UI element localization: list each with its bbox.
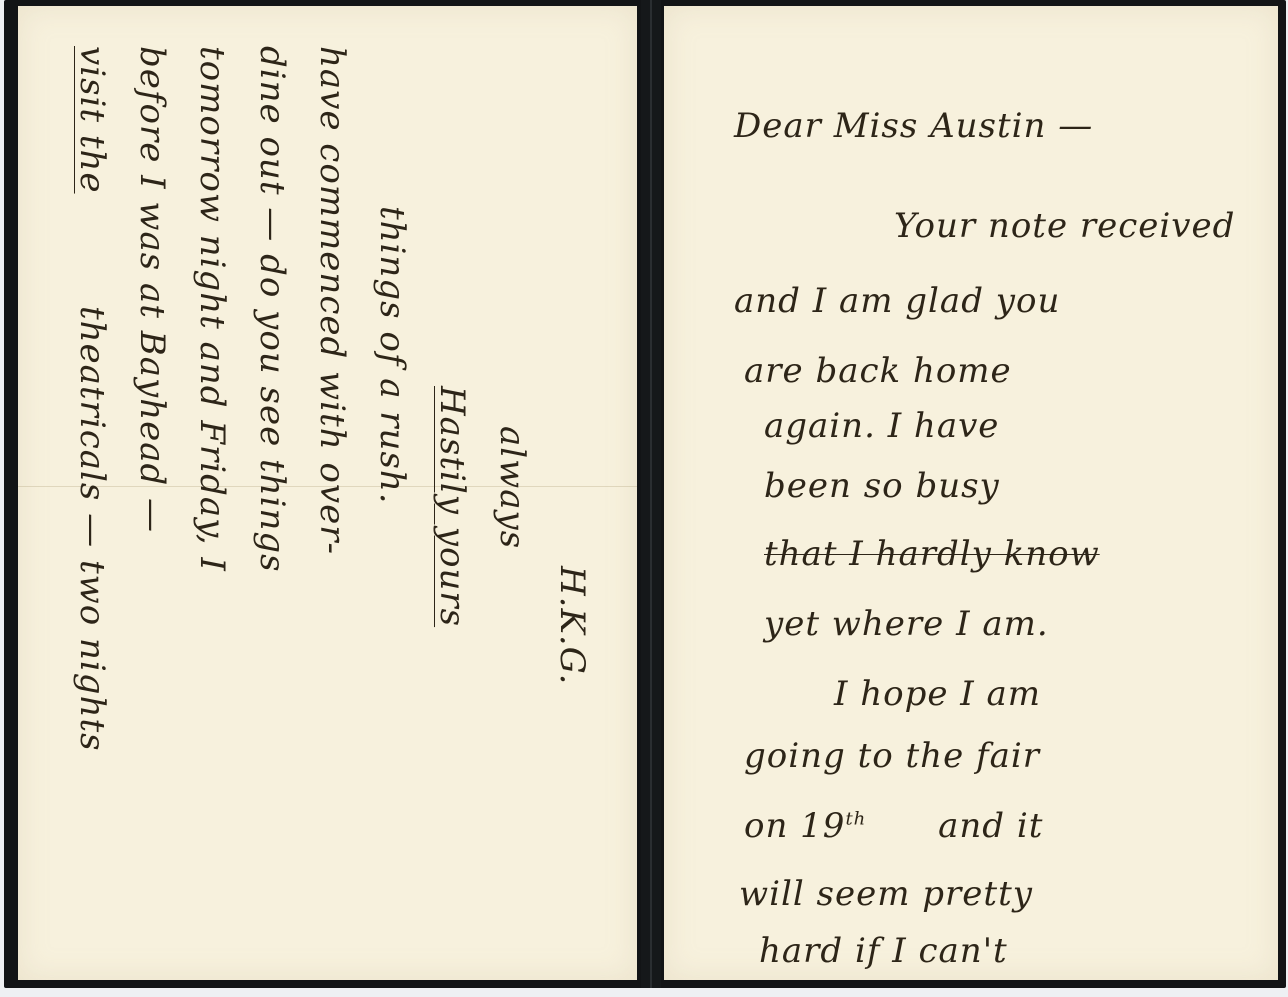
letter-signature: H.K.G. (552, 566, 592, 685)
letter-text: Hastily yours (432, 386, 472, 627)
letter-line: again. I have (764, 406, 999, 446)
letter-text: are back home (744, 351, 1012, 391)
letter-line: are back home (744, 351, 1012, 391)
right-page: Dear Miss Austin — Your note received an… (664, 6, 1278, 980)
letter-text: going to the fair (744, 736, 1040, 776)
letter-line: I hope I am (834, 674, 1041, 714)
letter-text: yet where I am. (764, 604, 1049, 644)
letter-text: again. I have (764, 406, 999, 446)
letter-line: theatricals — two nights (72, 306, 112, 752)
letter-closing: Hastily yours (432, 386, 472, 627)
signature-text: H.K.G. (552, 566, 592, 685)
ordinal-suffix: th (845, 809, 866, 830)
letter-text: tomorrow night and Friday, I (192, 46, 232, 572)
letter-text: will seem pretty (739, 874, 1033, 914)
letter-line: on 19th and it (744, 806, 1043, 846)
letter-line: and I am glad you (734, 281, 1060, 321)
letter-text: always (492, 426, 532, 549)
letter-text: before I was at Bayhead — (132, 46, 172, 533)
left-page: visit the theatricals — two nights befor… (18, 6, 637, 980)
letter-text: been so busy (764, 466, 1000, 506)
left-page-rotated-text: visit the theatricals — two nights befor… (18, 6, 637, 980)
letter-line: things of a rush. (372, 206, 412, 505)
letter-line: that I hardly know (764, 534, 1100, 574)
letter-text: visit the (72, 46, 112, 194)
letter-text: and I am glad you (734, 281, 1060, 321)
letter-line: will seem pretty (739, 874, 1033, 914)
letter-text: I hope I am (834, 674, 1041, 714)
letter-line: dine out — do you see things (252, 46, 292, 573)
letter-text: things of a rush. (372, 206, 412, 505)
letter-text: dine out — do you see things (252, 46, 292, 573)
letter-text: Dear Miss Austin — (734, 106, 1093, 146)
letter-line: been so busy (764, 466, 1000, 506)
letter-line: tomorrow night and Friday, I (192, 46, 232, 572)
letter-line: before I was at Bayhead — (132, 46, 172, 533)
letter-text: have commenced with over- (312, 46, 352, 555)
letter-salutation: Dear Miss Austin — (734, 106, 1093, 146)
letter-line: yet where I am. (764, 604, 1049, 644)
letter-line: hard if I can't (759, 931, 1008, 971)
fold-spine-line (650, 0, 652, 988)
letter-text: Your note received (894, 206, 1235, 246)
letter-text: theatricals — two nights (72, 306, 112, 752)
letter-text: and it (938, 806, 1043, 846)
letter-text: on 19 (744, 806, 845, 846)
letter-line: visit the (72, 46, 112, 194)
letter-line: going to the fair (744, 736, 1040, 776)
letter-text: that I hardly know (764, 534, 1100, 574)
letter-text: hard if I can't (759, 931, 1008, 971)
letter-line: have commenced with over- (312, 46, 352, 555)
letter-closing: always (492, 426, 532, 549)
letter-line: Your note received (894, 206, 1235, 246)
